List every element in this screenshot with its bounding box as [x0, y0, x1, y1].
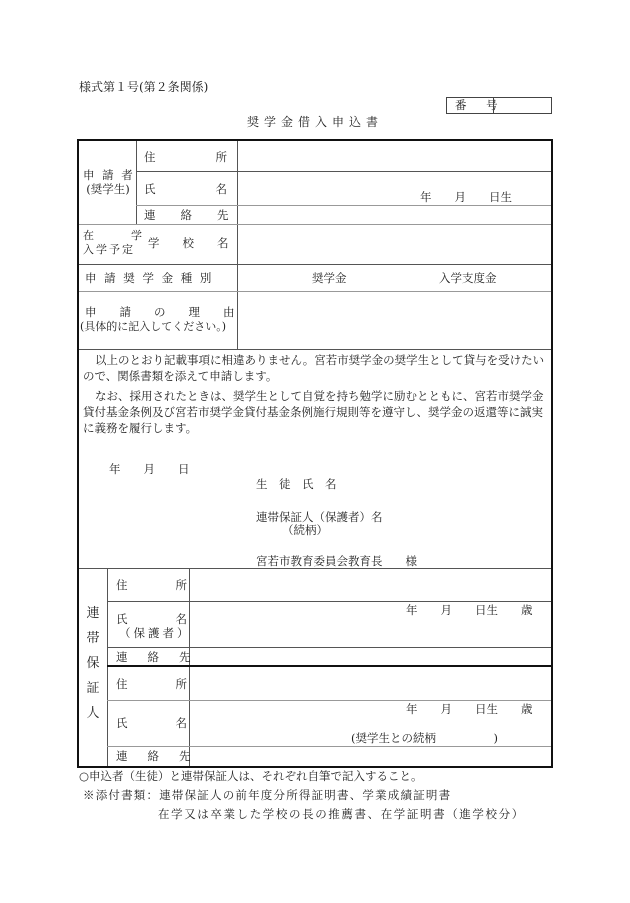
- guarantor2-contact-field[interactable]: [191, 747, 551, 764]
- guarantor1-address-label: 住所: [116, 578, 184, 592]
- number-divider: [493, 98, 494, 113]
- guarantor-label-char: 保: [85, 652, 101, 676]
- divider: [136, 141, 137, 225]
- scholarship-option[interactable]: 奨学金: [312, 271, 347, 285]
- applicant-contact-field[interactable]: [239, 206, 551, 223]
- applicant-address-field[interactable]: [239, 142, 551, 170]
- school-name-field[interactable]: [239, 225, 551, 263]
- note-attachments-cont: 在学又は卒業した学校の長の推薦書、在学証明書（進学校分）: [158, 805, 525, 823]
- divider: [237, 141, 238, 349]
- number-field[interactable]: [495, 98, 551, 113]
- scholarship-type-label: 申 請 奨 学 金 種 別: [85, 271, 213, 285]
- form-code: 様式第１号(第２条関係): [79, 80, 208, 94]
- divider: [107, 568, 108, 766]
- guarantor-name-label: 連帯保証人（保護者）名: [256, 510, 383, 524]
- guarantor1-address-field[interactable]: [191, 569, 551, 600]
- guarantor2-address-label: 住所: [116, 677, 184, 691]
- divider: [107, 665, 551, 667]
- guarantor-label-char: 帯: [85, 627, 101, 651]
- guarantor1-name-label: 氏名: [116, 612, 184, 626]
- number-box: 番 号: [446, 97, 552, 114]
- divider: [79, 264, 551, 265]
- declaration-paragraph-1: 以上のとおり記載事項に相違ありません。宮若市奨学金の奨学生として貸与を受けたいの…: [83, 352, 547, 384]
- applicant-name-label: 氏名: [144, 182, 229, 196]
- school-status-enrolled: 在 学: [83, 229, 143, 243]
- divider: [79, 349, 551, 350]
- guarantor1-contact-label: 連絡先: [116, 650, 184, 664]
- note-handwriting: ○申込者（生徒）と連帯保証人は、それぞれ自筆で記入すること。: [79, 767, 423, 785]
- guarantor-label-char: 連: [85, 602, 101, 626]
- reason-field[interactable]: [239, 292, 551, 348]
- page-title: 奨学金借入申込書: [247, 115, 383, 129]
- declaration-paragraph-2: なお、採用されたときは、奨学生として自覚を持ち勉学に励むとともに、宮若市奨学金貸…: [83, 388, 547, 436]
- guarantor-label-char: 人: [85, 702, 101, 726]
- school-status-planned: 入学予定: [83, 243, 135, 257]
- guarantor2-address-field[interactable]: [191, 668, 551, 699]
- relationship-label: （続柄）: [282, 523, 328, 537]
- note-attachments: ※添付書類：連帯保証人の前年度分所得証明書、学業成績証明書: [83, 786, 451, 804]
- guarantor2-name-field[interactable]: [191, 701, 551, 745]
- applicant-contact-label: 連絡先: [144, 208, 229, 222]
- divider: [189, 568, 190, 766]
- guarantor1-contact-field[interactable]: [191, 648, 551, 665]
- student-name-label: 生 徒 氏 名: [256, 477, 337, 491]
- reason-hint: (具体的に記入してください。): [80, 320, 226, 334]
- applicant-birthdate: 年 月 日生: [420, 190, 512, 204]
- applicant-label: 申 請 者: [83, 168, 133, 182]
- guarantor1-name-field[interactable]: [191, 602, 551, 646]
- declaration-date: 年 月 日: [109, 462, 190, 476]
- entrance-fund-option[interactable]: 入学支度金: [439, 271, 497, 285]
- applicant-sublabel: (奨学生): [83, 182, 133, 196]
- applicant-address-label: 住所: [144, 150, 229, 164]
- application-form-table: 申 請 者 (奨学生) 住所 氏名 年 月 日生 連絡先 在 学 入学予定 学 …: [77, 139, 553, 768]
- addressee: 宮若市教育委員会教育長 様: [256, 554, 417, 568]
- guarantor2-contact-label: 連絡先: [116, 749, 184, 763]
- guarantor-label-char: 証: [85, 677, 101, 701]
- guarantor2-name-label: 氏名: [116, 716, 184, 730]
- school-name-label: 学 校 名: [148, 236, 229, 250]
- reason-label: 申 請 の 理 由: [85, 305, 235, 319]
- guardian-note: （保護者）: [119, 626, 192, 640]
